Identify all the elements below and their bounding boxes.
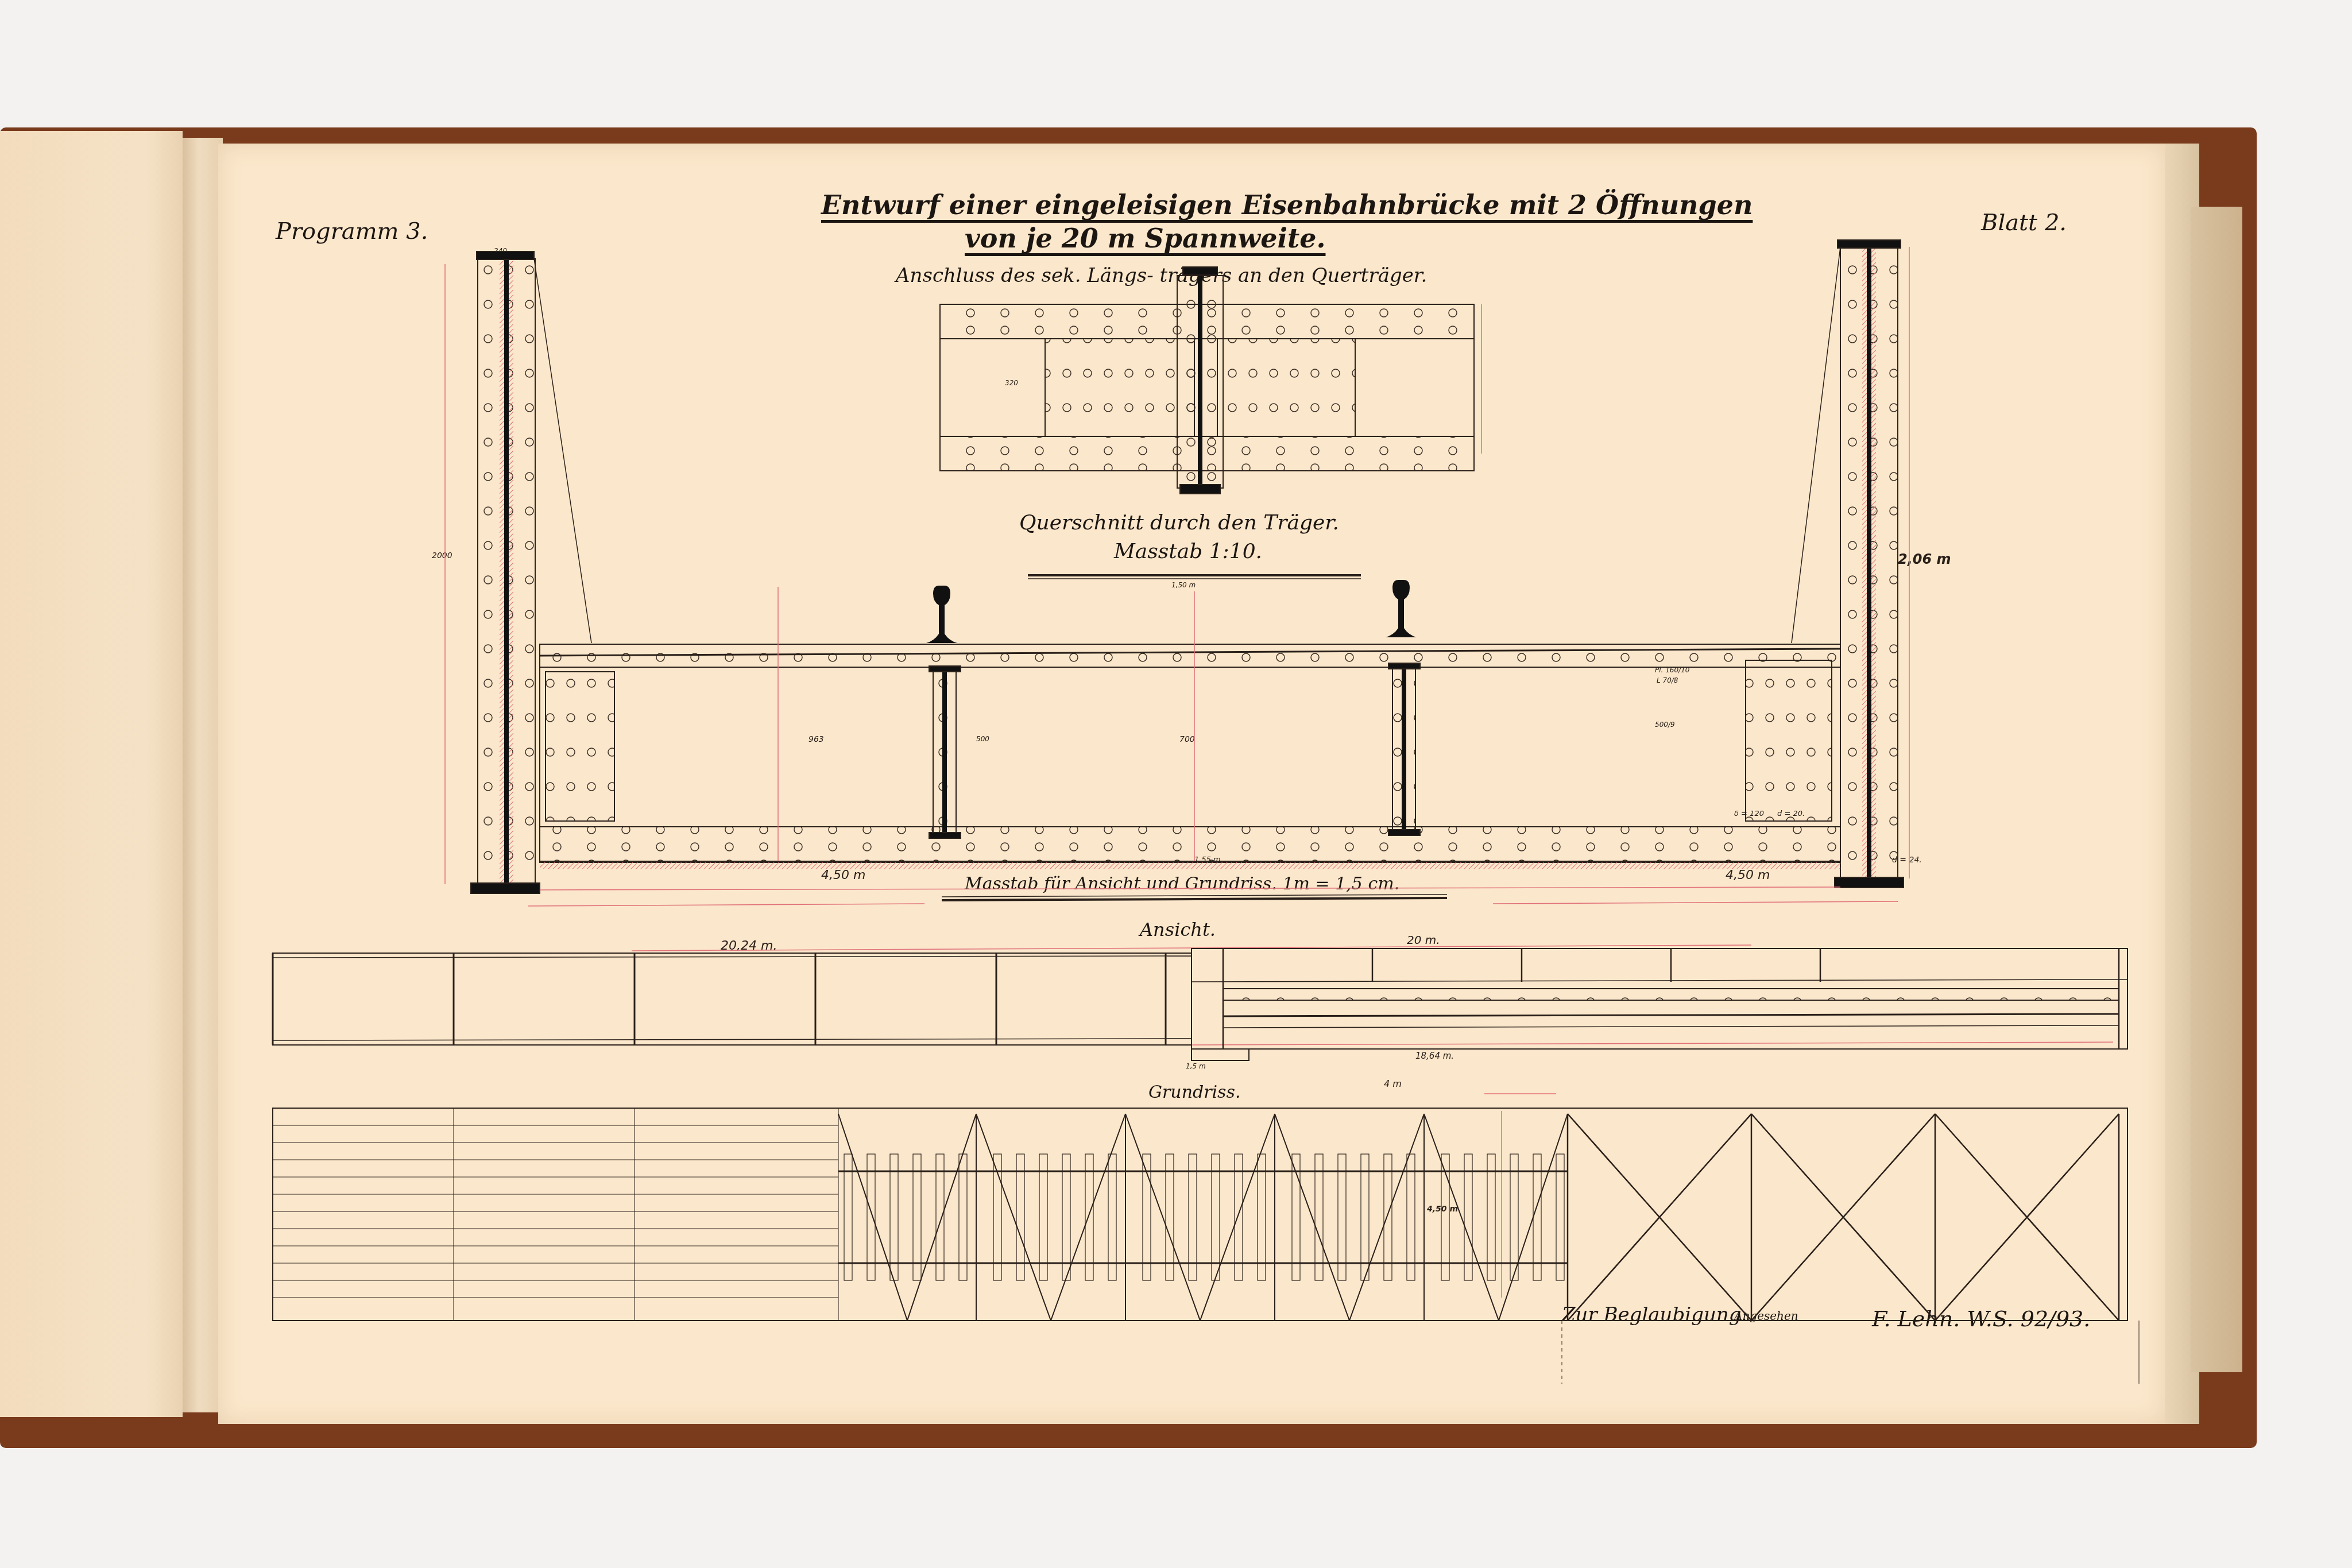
drawing-sheet: Entwurf einer eingeleisigen Eisenbahnbrü… bbox=[230, 149, 2153, 1412]
technical-drawing bbox=[230, 149, 2153, 1412]
paper-tab bbox=[2191, 207, 2242, 1372]
book-gutter bbox=[183, 138, 223, 1412]
left-page bbox=[0, 131, 183, 1417]
